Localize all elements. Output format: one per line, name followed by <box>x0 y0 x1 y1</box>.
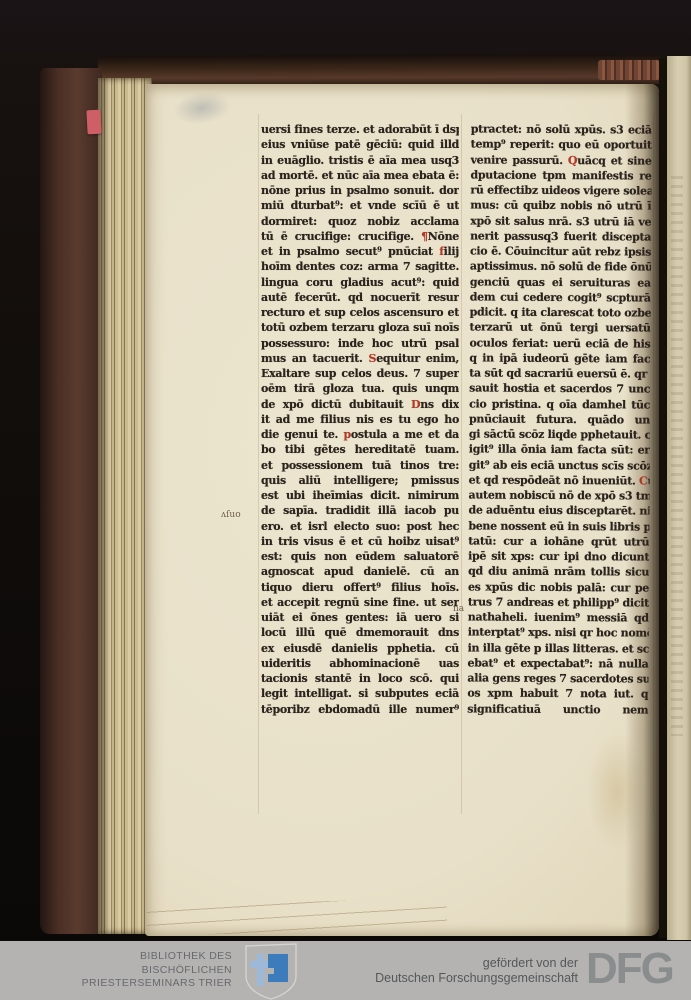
manuscript-text-line: de sapīa. tradidit illā iacob pu <box>261 503 459 518</box>
manuscript-text-line: genciū quas ei seruituras ea <box>470 274 651 290</box>
manuscript-text-line: de xpō dictū dubitauit Dns dix <box>261 397 459 412</box>
manuscript-text-line: ptractet: nō solū xpūs. s3 eciā <box>471 121 652 137</box>
manuscript-text-line: et qd respōdeāt nō inueniūt. Cū <box>469 472 650 488</box>
manuscript-text-line: nerit passusq3 fuerit discepta <box>470 228 651 244</box>
manuscript-text-line: bo tibi gētes hereditatē tuam. <box>261 442 459 457</box>
margin-note: ʌſuo <box>221 510 241 520</box>
manuscript-text-line: uersi fines terze. et adorabūt ī dspcū <box>261 122 459 137</box>
manuscript-text-line: xpō sit salus nrā. s3 utrū iā ve <box>470 213 651 229</box>
manuscript-text-line: uideritis abhominacionē uas <box>261 656 459 671</box>
manuscript-text-line: oēm tirā gloza tua. quis unqm <box>261 381 459 396</box>
manuscript-text-line: igit⁹ illa ōnia iam facta sūt: er <box>469 442 650 458</box>
manuscript-text-line: die genui te. postula a me et da <box>261 427 459 442</box>
manuscript-text-line: terzarū ut ōnū tergi uersatū <box>470 320 651 336</box>
manuscript-text-line: ebat⁹ et expectabat⁹: nā nulla <box>467 655 648 671</box>
manuscript-text-line: nathaheli. iuenim⁹ messiā qd <box>468 609 649 625</box>
text-block: uersi fines terze. et adorabūt ī dspcūei… <box>145 84 659 936</box>
page-stack-fore-edge <box>98 78 152 934</box>
manuscript-text-line: lingua coru gladius acut⁹: quid <box>261 275 459 290</box>
manuscript-text-line: os xpm habuit 7 nota iut. q <box>467 686 648 702</box>
manuscript-text-line: dem cui cedere cogit⁹ scpturā <box>470 289 651 305</box>
facing-page-bleed <box>671 176 683 736</box>
manuscript-text-line: dputacione tpm manifestis re <box>470 167 651 183</box>
manuscript-text-line: in euāglio. tristis ē aīa mea usq3 <box>261 153 459 168</box>
manuscript-text-line: interptat⁹ xps. nisi qr hoc nomē <box>468 625 649 641</box>
manuscript-text-line: autē fecerūt. qd nocuerīt resur <box>261 290 459 305</box>
manuscript-text-line: dormiret: quoz nobiz acclama <box>261 214 459 229</box>
manuscript-text-line: autem nobiscū nō de xpō s3 tm <box>469 487 650 503</box>
manuscript-page: uersi fines terze. et adorabūt ī dspcūei… <box>145 84 659 936</box>
manuscript-text-line: aptissimus. nō solū de fide ōnū <box>470 259 651 275</box>
manuscript-text-line: nōne prius in psalmo sonuit. dor <box>261 183 459 198</box>
library-name: BIBLIOTHEK DES BISCHÖFLICHEN PRIESTERSEM… <box>0 950 232 991</box>
manuscript-text-line: ad mortē. et nūc aīa mea ebata ē: <box>261 168 459 183</box>
manuscript-text-line: trus 7 andreas et philipp⁹ dicit <box>468 594 649 610</box>
manuscript-text-line: pdicit. q ita clarescat toto ozbe <box>470 304 651 320</box>
manuscript-text-line: quis aliū intelligere; pmissus <box>261 473 459 488</box>
manuscript-text-line: mus: cū quibz nobis nō utrū ī <box>470 198 651 214</box>
manuscript-text-line: q in ipā iudeorū gēte iam fac <box>469 350 650 366</box>
manuscript-text-line: alia gens reges 7 sacerdotes su <box>467 670 648 686</box>
book-cover <box>40 68 102 934</box>
manuscript-text-line: temp⁹ reperit: quo eū oportuit <box>471 137 652 153</box>
manuscript-text-line: bene nossent eū in suis libris p <box>468 518 649 534</box>
red-bookmark-tab <box>86 110 101 135</box>
footer-banner: BIBLIOTHEK DES BISCHÖFLICHEN PRIESTERSEM… <box>0 941 691 1000</box>
manuscript-text-line: venire passurū. Quācq et sine <box>471 152 652 168</box>
manuscript-text-line: qd diu animā nrām tollis sicu <box>468 564 649 580</box>
funding-credit-line: Deutschen Forschungsgemeinschaft <box>230 971 578 986</box>
manuscript-text-line: tacionis stantē in loco scō. qui <box>261 671 459 686</box>
manuscript-text-line: mus an tacuerit. Sequitur enim, <box>261 351 459 366</box>
manuscript-text-line: legit intelligat. si subputes eciā <box>261 686 459 701</box>
manuscript-text-line: totū ozbem terzaru gloza suī noīs <box>261 320 459 335</box>
manuscript-text-line: hoīm dentes coz: arma 7 sagitte. <box>261 259 459 274</box>
manuscript-text-line: in illa gēte p illas litteras. et sci <box>468 640 649 656</box>
library-name-line: PRIESTERSEMINARS TRIER <box>0 977 232 991</box>
manuscript-text-line: ero. et isrl electo suo: post hec <box>261 519 459 534</box>
manuscript-text-line: pnūciauit futura. quādo un <box>469 411 650 427</box>
book-headband <box>598 60 660 80</box>
manuscript-text-line: et in psalmo secut⁹ pnūciat filij <box>261 244 459 259</box>
manuscript-text-line: rū effectibz uideos vigere solea <box>470 182 651 198</box>
manuscript-column-right: ptractet: nō solū xpūs. s3 eciātemp⁹ rep… <box>467 121 652 722</box>
manuscript-text-line: it ad me filius nis es tu ego ho <box>261 412 459 427</box>
manuscript-text-line: agnoscat apud danielē. cū an <box>261 564 459 579</box>
manuscript-text-line: et accepit regnū sine fine. ut ser <box>261 595 459 610</box>
manuscript-text-line: oculos feriat: uerū eciā de his <box>469 335 650 351</box>
page-root: uersi fines terze. et adorabūt ī dspcūei… <box>0 0 691 1000</box>
manuscript-text-line: tatū: cur a iohāne qrūt utrū <box>468 533 649 549</box>
library-name-line: BIBLIOTHEK DES <box>0 950 232 964</box>
facing-page-edge <box>667 56 691 940</box>
manuscript-text-line: est: quis non eūdem saluatorē <box>261 549 459 564</box>
manuscript-text-line: eius vniūse patē gēciū: quid illd <box>261 137 459 152</box>
manuscript-text-line: sauit hostia et sacerdos 7 unc <box>469 381 650 397</box>
manuscript-text-line: uiāt ei ōnes gentes: iā uero si <box>261 610 459 625</box>
manuscript-text-line: es xpūs dic nobis palā: cur pe <box>468 579 649 595</box>
manuscript-text-line: est ubi iheīmias dicit. nimirum <box>261 488 459 503</box>
library-name-line: BISCHÖFLICHEN <box>0 964 232 978</box>
manuscript-text-line: tū ē crucifige: crucifige. ¶Nōne <box>261 229 459 244</box>
manuscript-text-line: cio pristina. q oīa damhel tūc <box>469 396 650 412</box>
spine-gap <box>659 58 667 938</box>
funding-credit: gefördert von der Deutschen Forschungsge… <box>230 956 578 986</box>
book-top-edge <box>98 54 664 86</box>
manuscript-text-line: de aduēntu eius disceptarēt. nisi <box>468 503 649 519</box>
manuscript-column-left: uersi fines terze. et adorabūt ī dspcūei… <box>261 122 459 722</box>
manuscript-text-line: tiquo dieru offert⁹ filius hoīs. <box>261 580 459 595</box>
manuscript-text-line: miū dturbat⁹: et vnde scīū ē ut <box>261 198 459 213</box>
manuscript-text-line: ta sūt qd sacrariū euersū ē. qr ces <box>469 365 650 381</box>
manuscript-text-line: ipē sit xps: cur ipi dno dicunt <box>468 548 649 564</box>
manuscript-text-line: gi sāctū scōz liqde pphetauit. cū <box>469 426 650 442</box>
manuscript-text-line: recturo et sup celos ascensuro et <box>261 305 459 320</box>
manuscript-text-line: ex eiusdē danielis pphetia. cū <box>261 641 459 656</box>
manuscript-photo: uersi fines terze. et adorabūt ī dspcūei… <box>0 0 691 941</box>
manuscript-text-line: cio ē. Cōuincitur aūt rebz ipsis <box>470 243 651 259</box>
manuscript-text-line: git⁹ ab eis eciā unctus scīs scōz <box>469 457 650 473</box>
manuscript-text-line: Exaltare sup celos deus. 7 super <box>261 366 459 381</box>
manuscript-text-line: in tris visus ē et cū hoibz uisat⁹ <box>261 534 459 549</box>
manuscript-text-line: tēporibz ebdomadū ille numer⁹ <box>261 702 459 717</box>
manuscript-text-line: possessuro: inde hoc utrū psal <box>261 336 459 351</box>
manuscript-text-line: significatiuā unctio nem <box>467 701 648 717</box>
manuscript-text-line: locū illū quē dmemorauit dns <box>261 625 459 640</box>
funding-credit-line: gefördert von der <box>230 956 578 971</box>
margin-note: na <box>453 604 464 614</box>
manuscript-text-line: et possessionem tuā tinos tre: <box>261 458 459 473</box>
dfg-logo: DFG <box>586 945 686 993</box>
